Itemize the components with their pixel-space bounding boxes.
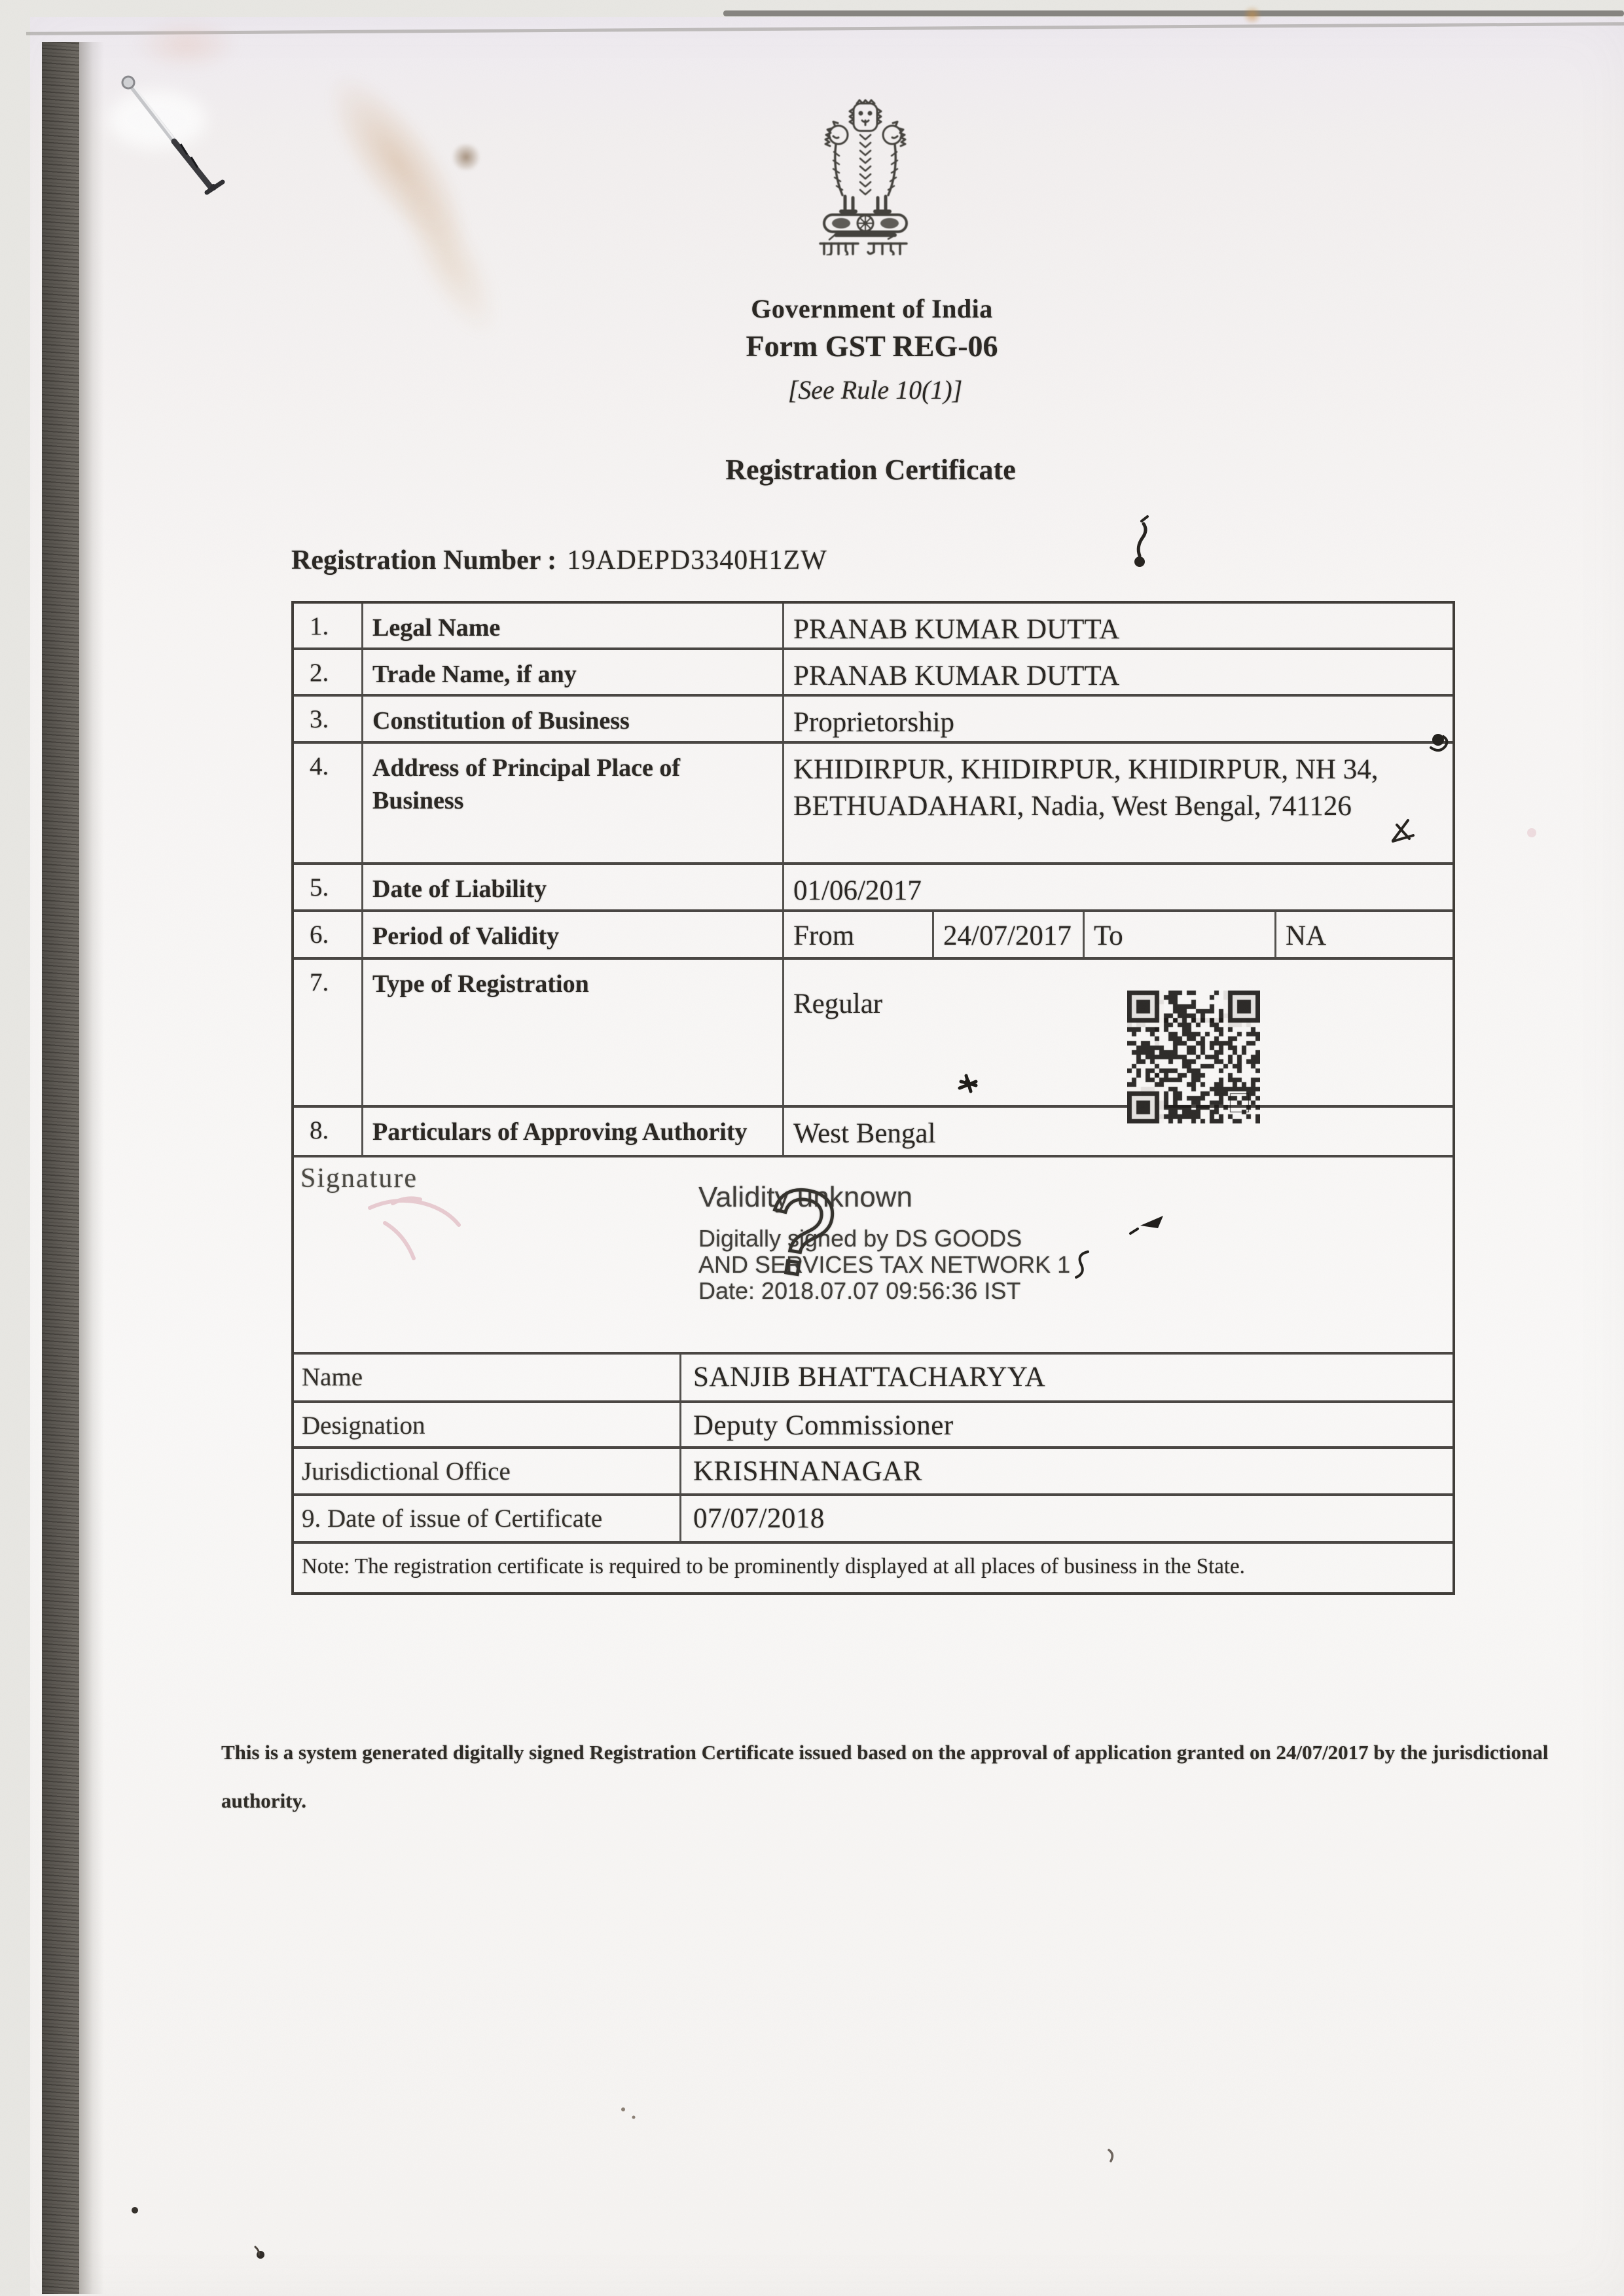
registration-certificate-title: Registration Certificate: [725, 453, 1015, 486]
row-number: 1.: [294, 604, 363, 647]
certificate-table: 1. Legal Name PRANAB KUMAR DUTTA 2. Trad…: [291, 601, 1455, 1595]
registration-number-value: 19ADEPD3340H1ZW: [567, 545, 827, 575]
row-label: Particulars of Approving Authority: [363, 1108, 784, 1155]
validity-from-value: 24/07/2017: [934, 912, 1085, 957]
row-number: 8.: [294, 1108, 363, 1155]
svg-text:?: ?: [756, 1161, 844, 1305]
satyameva-jayate-motto: [820, 236, 907, 255]
row-value: Proprietorship: [784, 697, 1453, 741]
note-text: Note: The registration certificate is re…: [302, 1554, 1245, 1592]
table-row-date-of-liability: 5. Date of Liability 01/06/2017: [294, 865, 1453, 912]
table-row-period-of-validity: 6. Period of Validity From 24/07/2017 To…: [294, 912, 1453, 960]
table-row-type-of-registration: 7. Type of Registration Regular: [294, 960, 1453, 1108]
form-gst-reg-06-heading: Form GST REG-06: [746, 329, 998, 363]
straight-pin-icon: [92, 58, 249, 215]
scanner-shadow-band-texture: [42, 42, 79, 2294]
officer-label: Jurisdictional Office: [294, 1449, 681, 1493]
row-label: Type of Registration: [363, 960, 784, 1105]
row-value: Regular: [784, 960, 1453, 1105]
row-number: 5.: [294, 865, 363, 909]
scanner-shadow-band-fade: [79, 42, 104, 2294]
table-row-approving-authority: 8. Particulars of Approving Authority We…: [294, 1108, 1453, 1157]
table-row-constitution: 3. Constitution of Business Proprietorsh…: [294, 697, 1453, 744]
row-number: 2.: [294, 650, 363, 694]
government-of-india-heading: Government of India: [751, 293, 993, 324]
table-row-address: 4. Address of Principal Place of Busines…: [294, 744, 1453, 865]
validity-from-label: From: [784, 912, 934, 957]
row-number: 4.: [294, 744, 363, 862]
officer-label: 9. Date of issue of Certificate: [294, 1496, 681, 1541]
qr-code-icon: [1127, 991, 1260, 1123]
row-number: 6.: [294, 912, 363, 957]
table-row-trade-name: 2. Trade Name, if any PRANAB KUMAR DUTTA: [294, 650, 1453, 697]
question-mark-scrawl-icon: ?: [752, 1161, 870, 1312]
row-label: Period of Validity: [363, 912, 784, 957]
officer-row-name: Name SANJIB BHATTACHARYYA: [294, 1355, 1453, 1403]
row-value: KHIDIRPUR, KHIDIRPUR, KHIDIRPUR, NH 34, …: [784, 744, 1453, 862]
officer-row-designation: Designation Deputy Commissioner: [294, 1403, 1453, 1449]
row-number: 3.: [294, 697, 363, 741]
ashoka-emblem-icon: [816, 98, 914, 255]
row-value: 01/06/2017: [784, 865, 1453, 909]
rule-reference: [See Rule 10(1)]: [788, 374, 963, 405]
scanner-lid-line: [723, 10, 1624, 16]
registration-number-label: Registration Number :: [291, 545, 556, 575]
validity-to-value: NA: [1276, 912, 1453, 957]
signature-label: Signature: [300, 1163, 418, 1194]
registration-number-line: Registration Number :19ADEPD3340H1ZW: [291, 545, 827, 576]
officer-row-jurisdictional-office: Jurisdictional Office KRISHNANAGAR: [294, 1449, 1453, 1496]
officer-value: SANJIB BHATTACHARYYA: [681, 1355, 1453, 1400]
row-label: Legal Name: [363, 604, 784, 647]
table-row-legal-name: 1. Legal Name PRANAB KUMAR DUTTA: [294, 604, 1453, 650]
row-label: Date of Liability: [363, 865, 784, 909]
scanned-certificate-page: सत्यमेव जयते Government of India Form GS…: [0, 0, 1624, 2296]
officer-value: KRISHNANAGAR: [681, 1449, 1453, 1493]
row-value: West Bengal: [784, 1108, 1453, 1155]
emblem-motto-text: सत्यमेव जयते: [0, 0, 1, 1]
row-value: PRANAB KUMAR DUTTA: [784, 650, 1453, 694]
footer-note: This is a system generated digitally sig…: [221, 1728, 1550, 1825]
officer-value: 07/07/2018: [681, 1496, 1453, 1541]
officer-label: Name: [294, 1355, 681, 1400]
officer-row-date-of-issue: 9. Date of issue of Certificate 07/07/20…: [294, 1496, 1453, 1544]
row-number: 7.: [294, 960, 363, 1105]
validity-to-label: To: [1085, 912, 1276, 957]
row-label: Constitution of Business: [363, 697, 784, 741]
row-value: PRANAB KUMAR DUTTA: [784, 604, 1453, 647]
note-row: Note: The registration certificate is re…: [294, 1544, 1453, 1592]
officer-value: Deputy Commissioner: [681, 1403, 1453, 1446]
signature-section: Signature Validity unknown Digitally sig…: [294, 1157, 1453, 1355]
row-label: Address of Principal Place of Business: [363, 744, 784, 862]
row-label: Trade Name, if any: [363, 650, 784, 694]
officer-label: Designation: [294, 1403, 681, 1446]
